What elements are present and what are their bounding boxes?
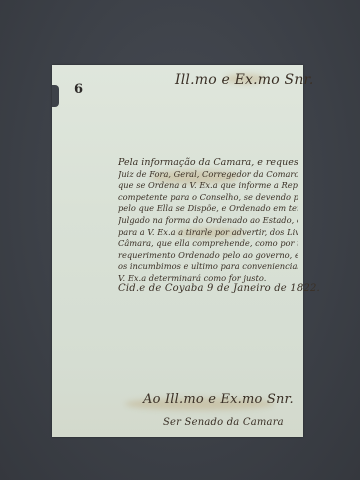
body-line: que se Ordena a V. Ex.a que informe a Re… — [118, 180, 298, 192]
body-line: Julgado na forma do Ordenado ao Estado, … — [118, 215, 298, 227]
salutation: Ill.mo e Ex.mo Snr. — [175, 72, 314, 88]
place-and-date: Cid.e de Coyaba 9 de Janeiro de 1822. — [118, 283, 320, 294]
body-line: Juiz de Fora, Geral, Corregedor da Comar… — [118, 169, 298, 181]
signature-line-1: Ao Ill.mo e Ex.mo Snr. — [143, 392, 294, 407]
body-line: Câmara, que ella comprehende, como por t… — [118, 238, 298, 250]
paper-tear-notch — [52, 85, 59, 107]
body-line: requerimento Ordenado pelo ao governo, e… — [118, 250, 298, 262]
body-line: Pela informação da Camara, e requesto do… — [118, 157, 298, 169]
letter-body: Pela informação da Camara, e requesto do… — [118, 157, 298, 285]
body-line: pelo que Ella se Dispõe, e Ordenado em t… — [118, 203, 298, 215]
body-line: para a V. Ex.a a tirarle por advertir, d… — [118, 227, 298, 239]
folio-number: 6 — [74, 82, 83, 97]
body-line: os incumbimos e ultimo para conveniencia… — [118, 261, 298, 273]
signature-line-2: Ser Senado da Camara — [163, 417, 284, 428]
body-line: competente para o Conselho, se devendo p… — [118, 192, 298, 204]
